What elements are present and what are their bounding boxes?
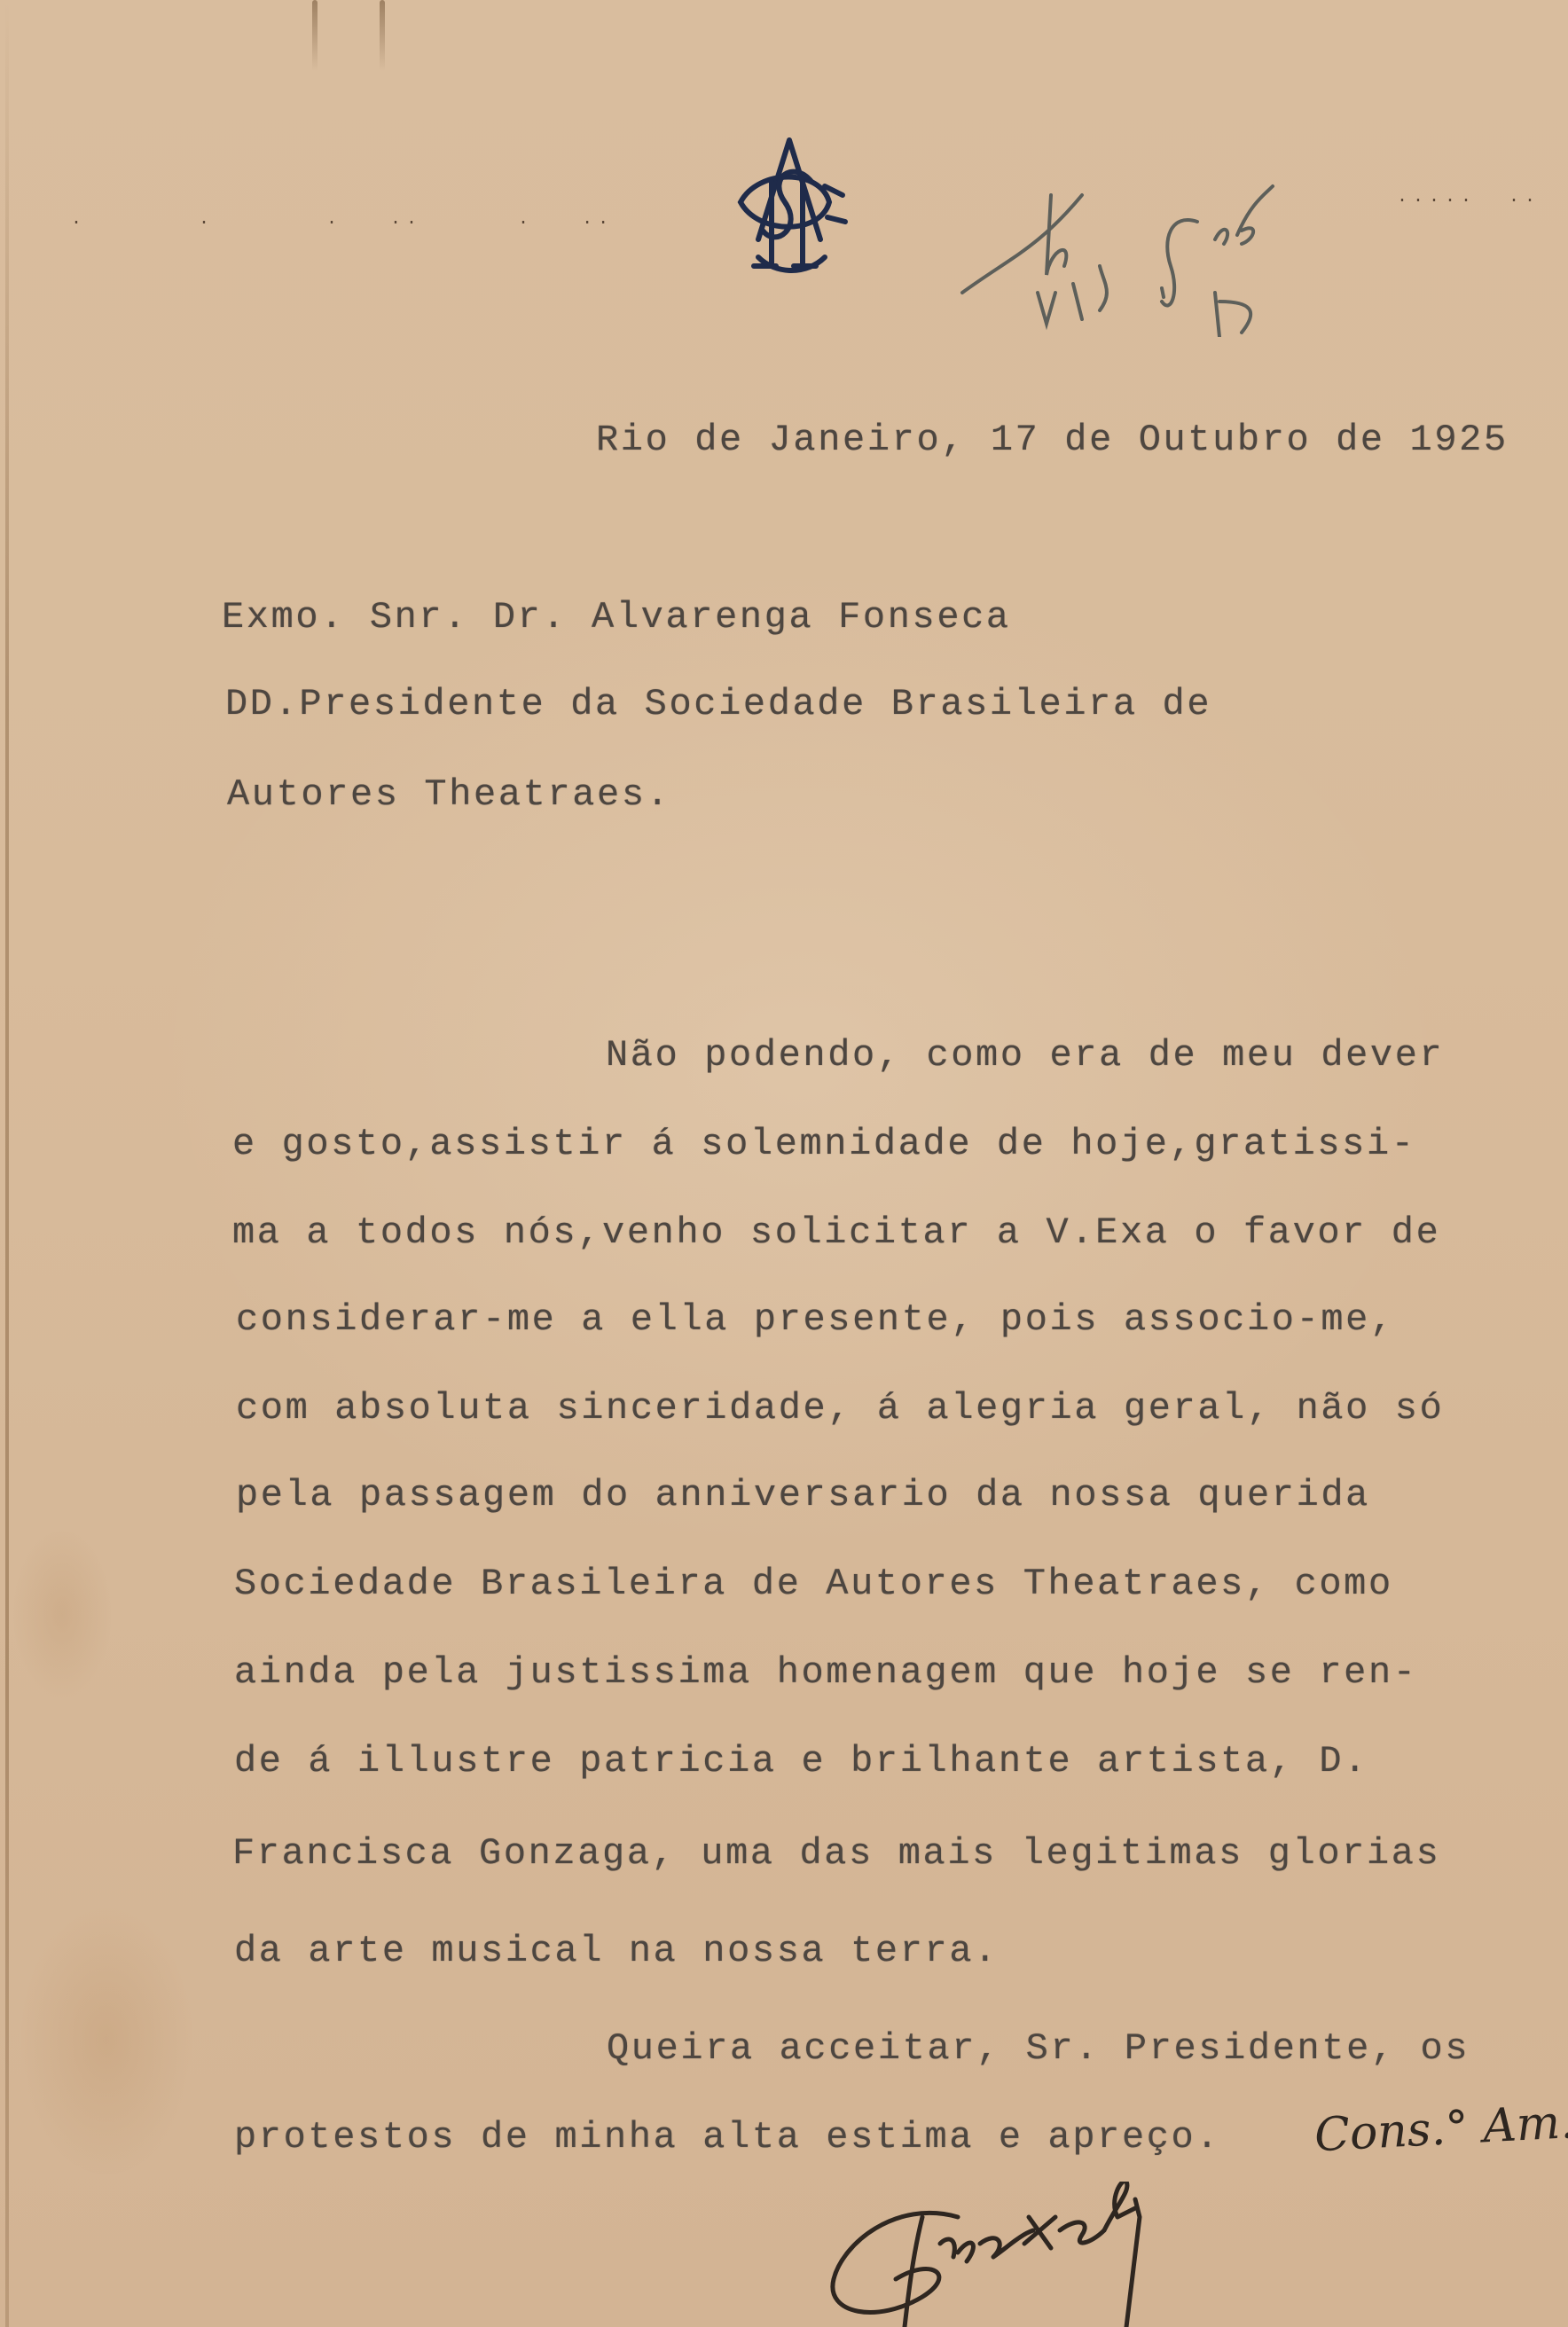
date-line: Rio de Janeiro, 17 de Outubro de 1925 (596, 419, 1509, 461)
paper-crease (380, 0, 385, 71)
body-line: ainda pela justissima homenagem que hoje… (234, 1651, 1418, 1694)
body-line: pela passagem do anniversario da nossa q… (236, 1474, 1370, 1516)
body-line: Não podendo, como era de meu dever (606, 1034, 1444, 1077)
dotted-leader: ····· ·· (1397, 191, 1541, 211)
monogram-logo-icon (723, 133, 856, 284)
paper-crease (312, 0, 318, 71)
paper-left-edge (5, 0, 9, 2327)
body-line: Francisca Gonzaga, uma das mais legitima… (232, 1832, 1440, 1875)
dotted-leader: · · · ·· · ·· (71, 213, 614, 233)
body-line: com absoluta sinceridade, á alegria gera… (236, 1387, 1444, 1430)
body-line: ma a todos nós,venho solicitar a V.Exa o… (232, 1211, 1440, 1254)
addressee-line: Autores Theatraes. (227, 773, 670, 816)
closing-line: Queira acceitar, Sr. Presidente, os (607, 2027, 1470, 2070)
handwritten-annotation-icon (958, 168, 1348, 337)
addressee-line: Exmo. Snr. Dr. Alvarenga Fonseca (222, 596, 1011, 639)
closing-line: protestos de minha alta estima e apreço. (234, 2116, 1220, 2159)
body-line: da arte musical na nossa terra. (234, 1930, 999, 1972)
body-line: de á illustre patricia e brilhante artis… (234, 1740, 1368, 1782)
body-line: e gosto,assistir á solemnidade de hoje,g… (232, 1123, 1416, 1165)
addressee-line: DD.Presidente da Sociedade Brasileira de (225, 683, 1211, 725)
handwritten-closing: Cons.° Am.° (1313, 2095, 1568, 2163)
signature-icon (825, 2182, 1268, 2327)
body-line: considerar-me a ella presente, pois asso… (236, 1298, 1395, 1341)
body-line: Sociedade Brasileira de Autores Theatrae… (234, 1563, 1393, 1605)
letter-page: · · · ·· · ·· ····· ·· Rio de Janeiro, 1… (0, 0, 1568, 2327)
